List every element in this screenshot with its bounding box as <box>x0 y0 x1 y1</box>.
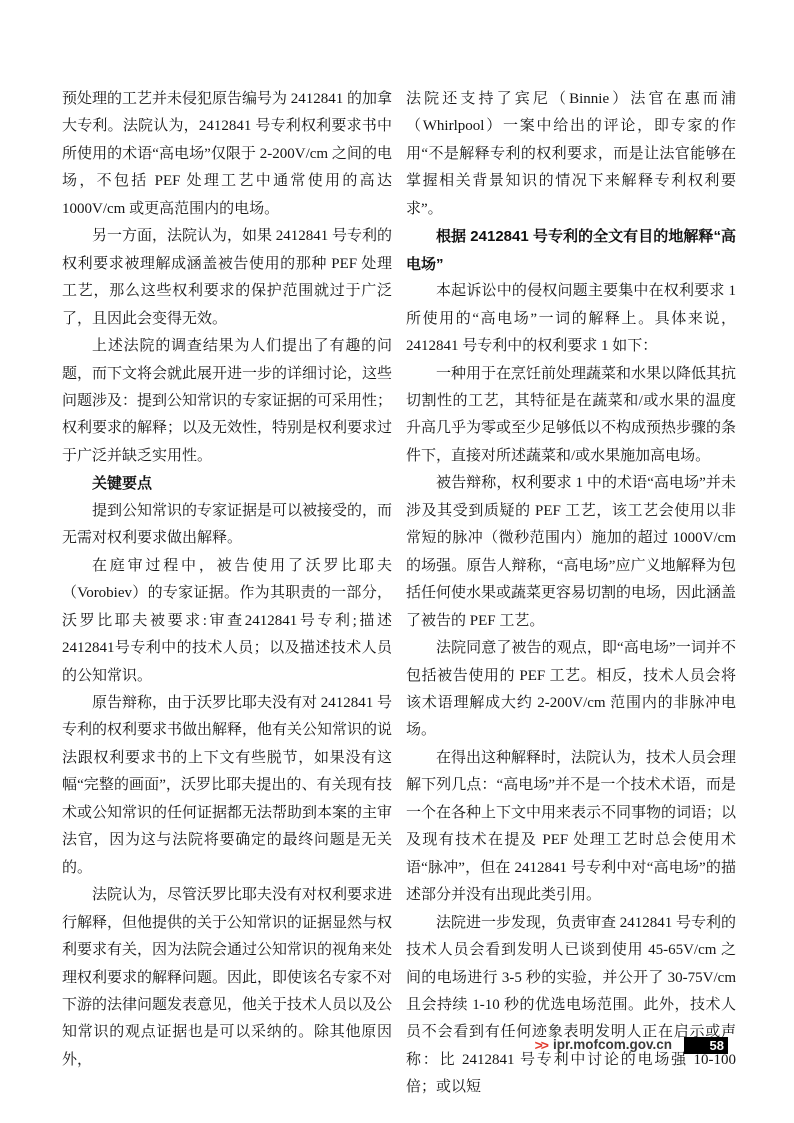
column-right: 法院还支持了宾尼（Binnie）法官在惠而浦（Whirlpool）一案中给出的评… <box>406 86 736 1102</box>
paragraph: 法院进一步发现，负责审查 2412841 号专利的技术人员会看到发明人已谈到使用… <box>406 910 736 1102</box>
page-number-badge: 58 <box>684 1037 728 1054</box>
page-footer: >> ipr.mofcom.gov.cn 58 <box>0 1036 728 1054</box>
paragraph: 法院同意了被告的观点，即“高电场”一词并不包括被告使用的 PEF 工艺。相反，技… <box>406 635 736 745</box>
paragraph: 在得出这种解释时，法院认为，技术人员会理解下列几点：“高电场”并不是一个技术术语… <box>406 745 736 910</box>
paragraph: 本起诉讼中的侵权问题主要集中在权利要求 1 所使用的“高电场”一词的解释上。具体… <box>406 278 736 360</box>
paragraph: 一种用于在烹饪前处理蔬菜和水果以降低其抗切割性的工艺，其特征是在蔬菜和/或水果的… <box>406 361 736 471</box>
footer-site-url: ipr.mofcom.gov.cn <box>553 1038 672 1052</box>
paragraph: 另一方面，法院认为，如果 2412841 号专利的权利要求被理解成涵盖被告使用的… <box>62 223 392 333</box>
paragraph: 被告辩称，权利要求 1 中的术语“高电场”并未涉及其受到质疑的 PEF 工艺，该… <box>406 470 736 635</box>
section-heading: 关键要点 <box>62 470 392 497</box>
double-chevron-icon: >> <box>535 1038 547 1052</box>
paragraph: 上述法院的调查结果为人们提出了有趣的问题，而下文将会就此展开进一步的详细讨论，这… <box>62 333 392 470</box>
paragraph: 提到公知常识的专家证据是可以被接受的，而无需对权利要求做出解释。 <box>62 498 392 553</box>
paragraph: 在庭审过程中，被告使用了沃罗比耶夫（Vorobiev）的专家证据。作为其职责的一… <box>62 553 392 690</box>
column-left: 预处理的工艺并未侵犯原告编号为 2412841 的加拿大专利。法院认为，2412… <box>62 86 392 1074</box>
document-page: 预处理的工艺并未侵犯原告编号为 2412841 的加拿大专利。法院认为，2412… <box>0 0 794 1123</box>
section-heading: 根据 2412841 号专利的全文有目的地解释“高电场” <box>406 223 736 278</box>
paragraph: 原告辩称，由于沃罗比耶夫没有对 2412841 号专利的权利要求书做出解释，他有… <box>62 690 392 882</box>
paragraph: 法院还支持了宾尼（Binnie）法官在惠而浦（Whirlpool）一案中给出的评… <box>406 86 736 223</box>
paragraph: 预处理的工艺并未侵犯原告编号为 2412841 的加拿大专利。法院认为，2412… <box>62 86 392 223</box>
